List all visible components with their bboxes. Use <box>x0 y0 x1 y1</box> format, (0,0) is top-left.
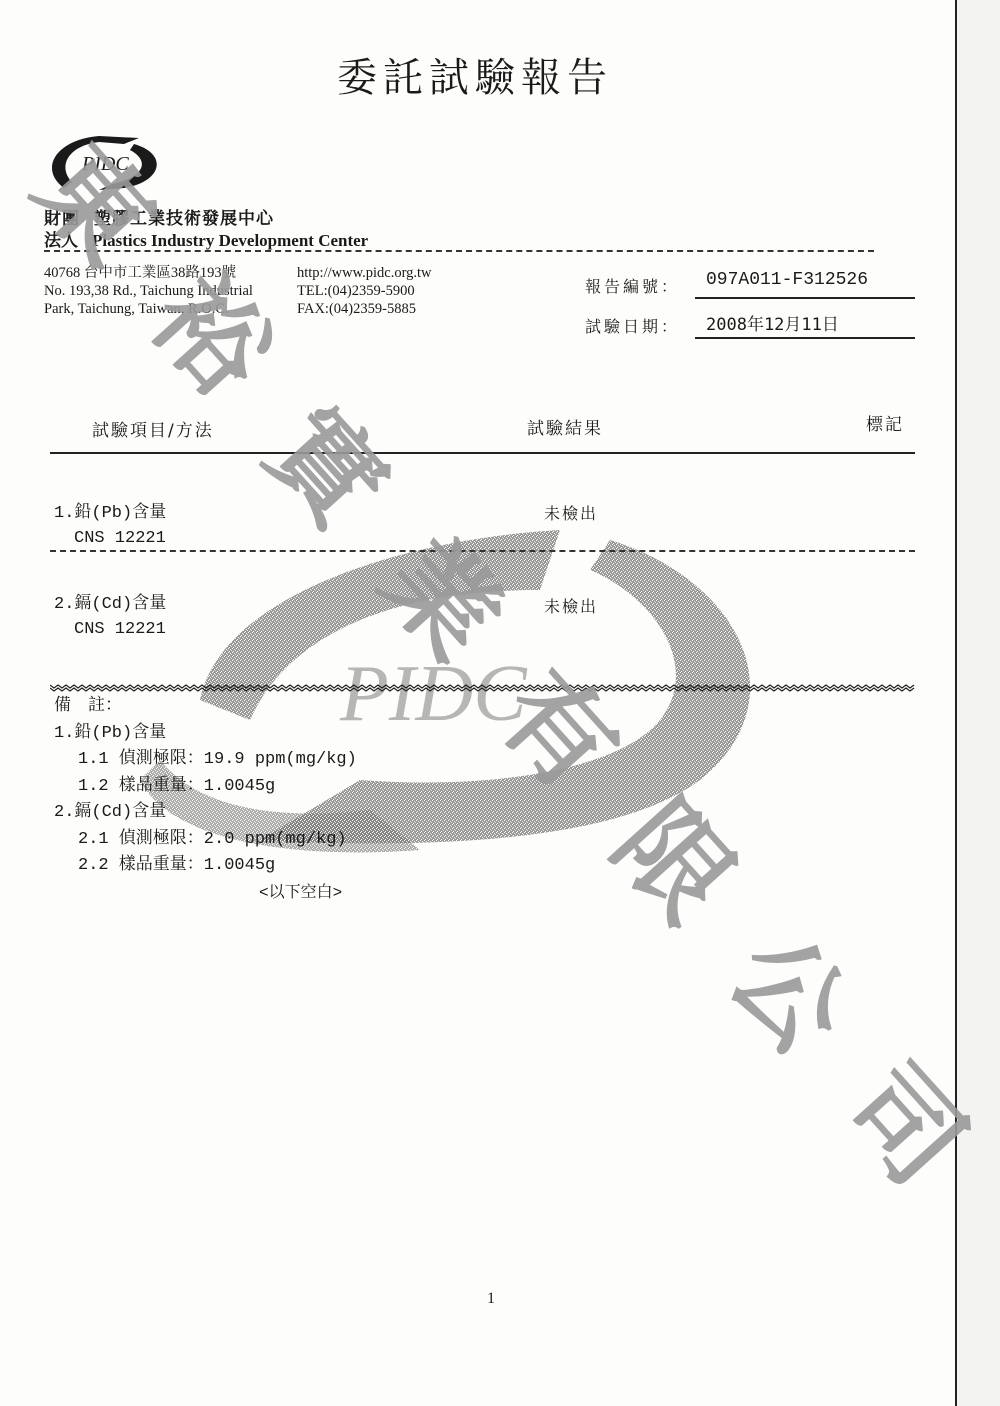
notes-label: 備 註： <box>54 694 357 721</box>
note-line: 1.1 偵測極限：19.9 ppm(mg/kg) <box>54 747 357 774</box>
notes-divider <box>50 684 915 692</box>
note-line: 2.1 偵測極限：2.0 ppm(mg/kg) <box>54 827 357 854</box>
header-divider <box>44 250 874 252</box>
report-no-label: 報告編號： <box>585 274 680 297</box>
test-item: 1.鉛(Pb)含量 <box>54 497 166 523</box>
note-line: 1.2 樣品重量：1.0045g <box>54 774 357 801</box>
report-title: 委託試驗報告 <box>0 46 950 103</box>
watermark-char: 有 <box>473 646 642 815</box>
test-date-value: 2008年12月11日 <box>706 310 839 335</box>
row-divider <box>50 550 915 552</box>
page-right-margin <box>957 0 1000 1406</box>
table-header-rule <box>50 452 915 454</box>
test-date-label: 試驗日期： <box>585 314 680 337</box>
note-line: 2.鎘(Cd)含量 <box>54 800 357 827</box>
tel: TEL:(04)2359-5900 <box>297 282 432 300</box>
pidc-logo: PIDC <box>44 130 169 200</box>
column-header-mark: 標記 <box>866 410 904 435</box>
svg-text:PIDC: PIDC <box>81 153 129 175</box>
test-date-underline <box>695 337 915 339</box>
svg-text:PIDC: PIDC <box>339 650 528 738</box>
test-method: CNS 12221 <box>54 620 166 639</box>
report-no-underline <box>695 297 915 299</box>
org-address: 40768 台中市工業區38路193號 No. 193,38 Rd., Taic… <box>44 264 253 318</box>
watermark-char: 實 <box>242 383 411 552</box>
column-header-item: 試驗項目/方法 <box>92 416 214 441</box>
column-header-result: 試驗結果 <box>527 414 603 439</box>
test-method: CNS 12221 <box>54 529 166 548</box>
note-line: 2.2 樣品重量：1.0045g <box>54 853 357 880</box>
page-edge-line <box>955 0 957 1406</box>
report-no-value: 097A011-F312526 <box>706 270 868 290</box>
notes-section: 備 註： 1.鉛(Pb)含量 1.1 偵測極限：19.9 ppm(mg/kg) … <box>54 694 357 906</box>
watermark-char: 業 <box>357 515 526 684</box>
note-line: 1.鉛(Pb)含量 <box>54 721 357 748</box>
end-marker: <以下空白> <box>54 880 357 907</box>
fax: FAX:(04)2359-5885 <box>297 300 432 318</box>
org-contact: http://www.pidc.org.tw TEL:(04)2359-5900… <box>297 264 432 318</box>
watermark-char: 公 <box>705 909 874 1078</box>
test-item: 2.鎘(Cd)含量 <box>54 588 166 614</box>
page-number: 1 <box>487 1290 495 1308</box>
watermark-char: 限 <box>589 777 758 946</box>
table-row: 2.鎘(Cd)含量 CNS 12221 <box>54 588 166 639</box>
test-result: 未檢出 <box>544 501 598 524</box>
table-row: 1.鉛(Pb)含量 CNS 12221 <box>54 497 166 548</box>
test-result: 未檢出 <box>544 594 598 617</box>
website-link[interactable]: http://www.pidc.org.tw <box>297 264 432 282</box>
org-name-en: 法人Plastics Industry Development Center <box>44 226 368 251</box>
